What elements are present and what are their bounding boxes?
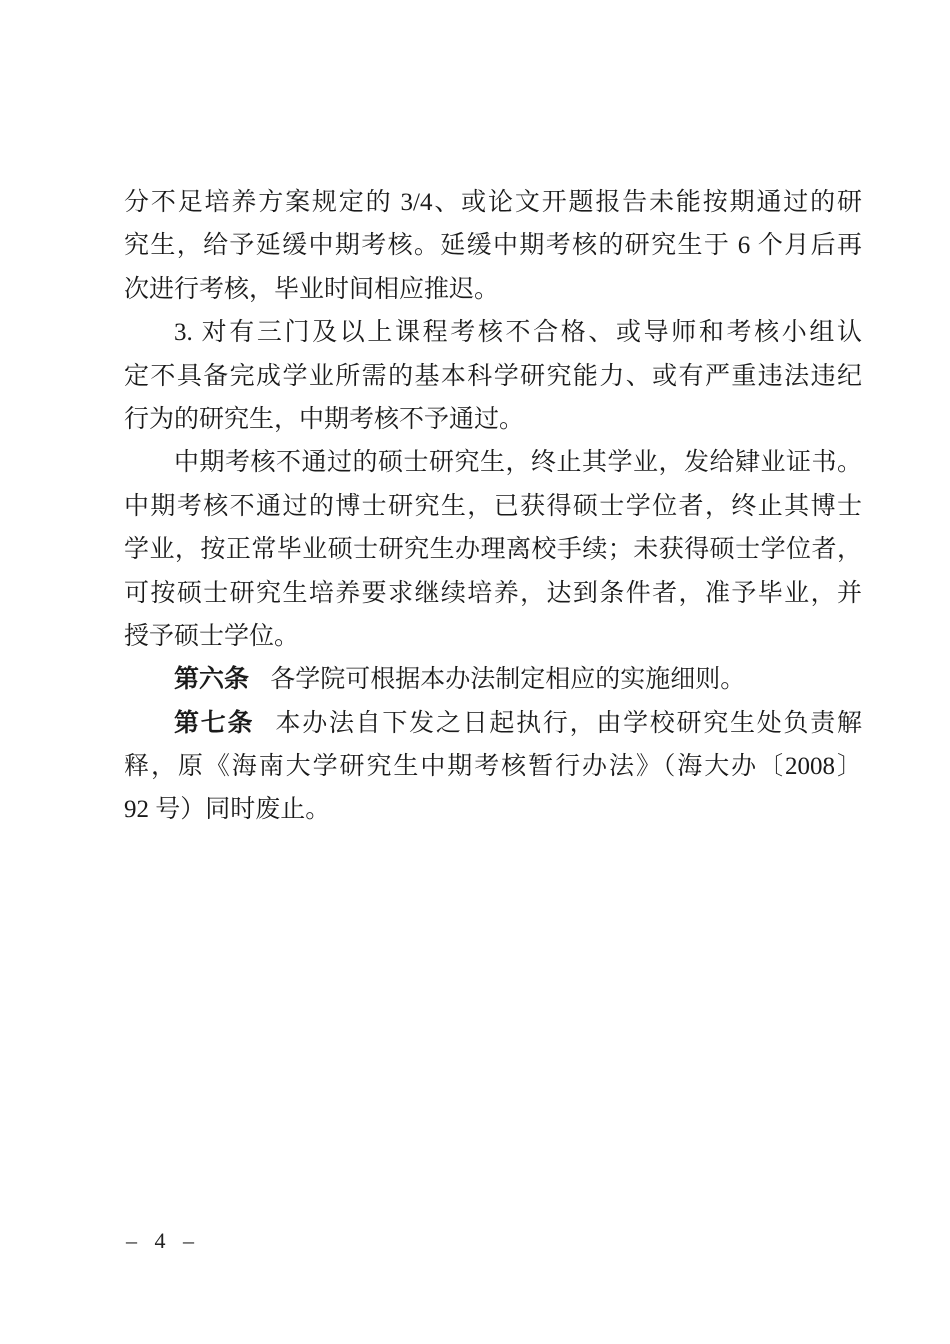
page-number: – 4 – [126, 1226, 200, 1256]
article-7-number: 第七条 [174, 709, 254, 737]
doc-line: 次进行考核，毕业时间相应推迟。 [124, 268, 862, 311]
doc-line: 分不足培养方案规定的 3/4、或论文开题报告未能按期通过的研 [124, 181, 862, 224]
doc-line-article-7: 第七条本办法自下发之日起执行，由学校研究生处负责解 [124, 702, 862, 745]
article-7-text: 本办法自下发之日起执行，由学校研究生处负责解 [275, 710, 862, 737]
doc-line: 可按硕士研究生培养要求继续培养，达到条件者，准予毕业，并 [124, 572, 862, 615]
article-6-text: 各学院可根据本办法制定相应的实施细则。 [270, 666, 745, 693]
document-body: 分不足培养方案规定的 3/4、或论文开题报告未能按期通过的研 究生，给予延缓中期… [124, 181, 862, 832]
doc-line: 行为的研究生，中期考核不予通过。 [124, 398, 862, 441]
doc-line: 学业，按正常毕业硕士研究生办理离校手续；未获得硕士学位者， [124, 528, 862, 571]
article-6-number: 第六条 [174, 665, 249, 693]
doc-line-article-6: 第六条各学院可根据本办法制定相应的实施细则。 [124, 658, 862, 701]
doc-line: 中期考核不通过的硕士研究生，终止其学业，发给肄业证书。 [124, 441, 862, 484]
doc-line: 究生，给予延缓中期考核。延缓中期考核的研究生于 6 个月后再 [124, 224, 862, 267]
doc-line: 中期考核不通过的博士研究生，已获得硕士学位者，终止其博士 [124, 485, 862, 528]
doc-line: 授予硕士学位。 [124, 615, 862, 658]
document-page: 分不足培养方案规定的 3/4、或论文开题报告未能按期通过的研 究生，给予延缓中期… [0, 0, 950, 1344]
doc-line: 3. 对有三门及以上课程考核不合格、或导师和考核小组认 [124, 311, 862, 354]
doc-line: 92 号）同时废止。 [124, 788, 862, 831]
doc-line: 定不具备完成学业所需的基本科学研究能力、或有严重违法违纪 [124, 355, 862, 398]
doc-line: 释，原《海南大学研究生中期考核暂行办法》（海大办〔2008〕 [124, 745, 862, 788]
